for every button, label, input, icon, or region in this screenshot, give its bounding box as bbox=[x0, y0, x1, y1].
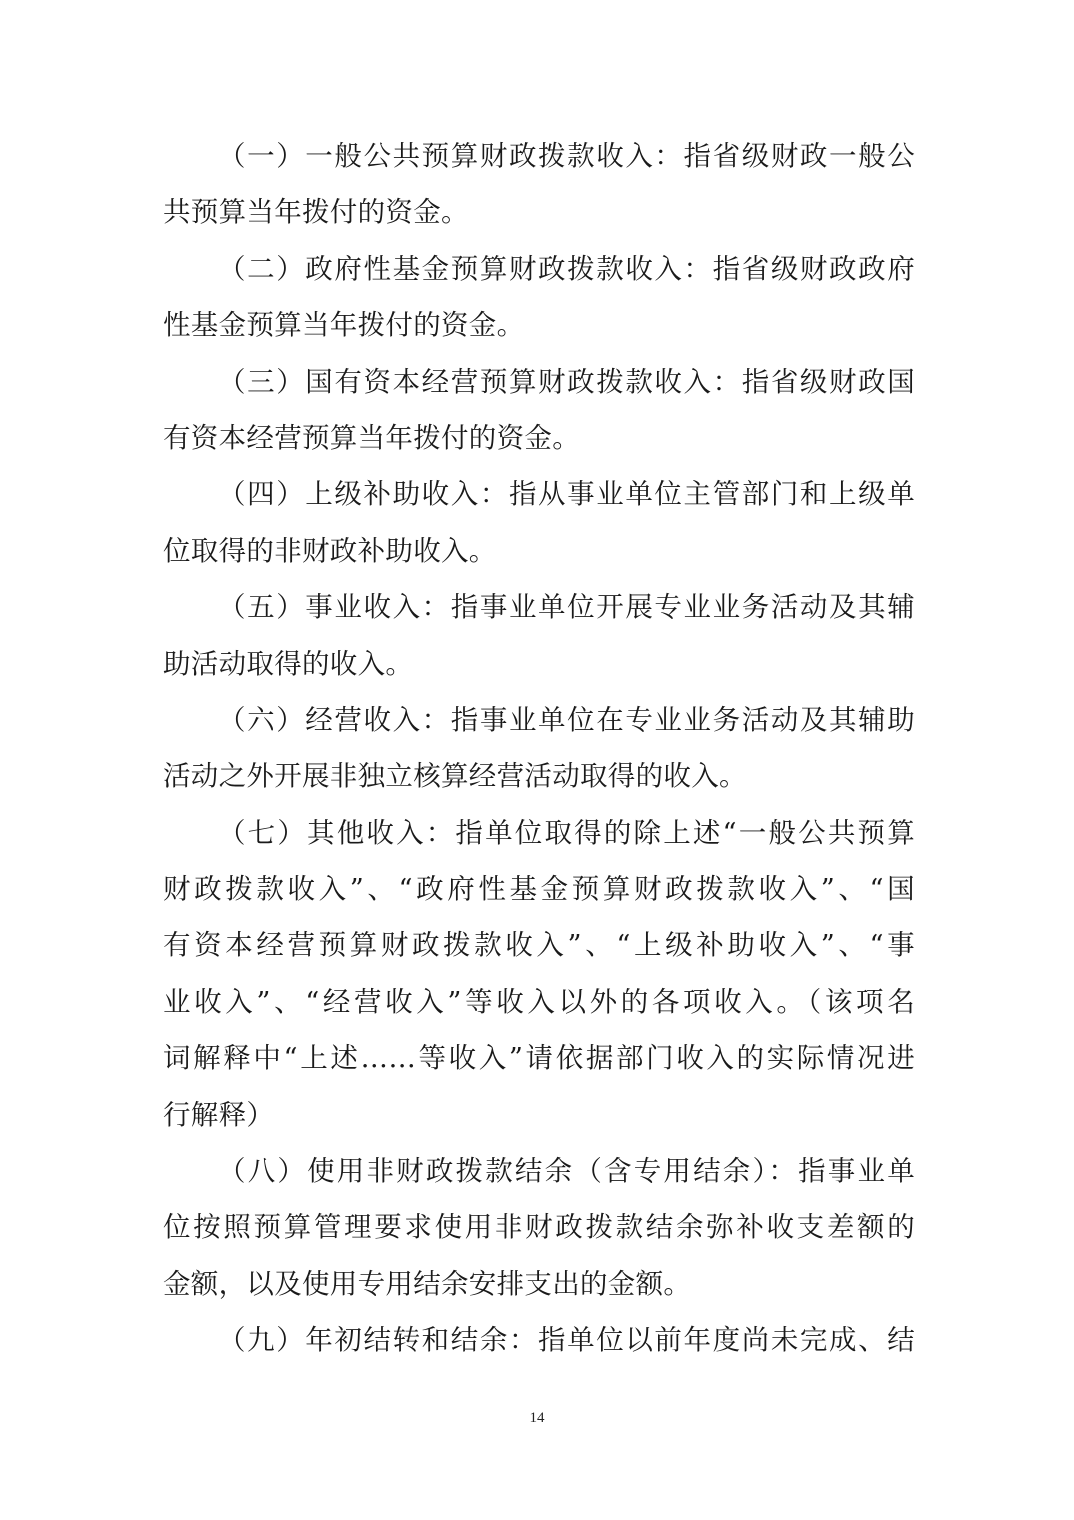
text-line: 业收入”、“经营收入”等收入以外的各项收入。（该项名 bbox=[163, 974, 915, 1030]
text-line: 助活动取得的收入。 bbox=[163, 636, 915, 692]
text-line: 有资本经营预算当年拨付的资金。 bbox=[163, 410, 915, 466]
text-line: 性基金预算当年拨付的资金。 bbox=[163, 297, 915, 353]
paragraph-operating-income: （六）经营收入：指事业单位在专业业务活动及其辅助 活动之外开展非独立核算经营活动… bbox=[163, 692, 915, 805]
text-line: （二）政府性基金预算财政拨款收入：指省级财政政府 bbox=[163, 241, 915, 297]
text-line: （五）事业收入：指事业单位开展专业业务活动及其辅 bbox=[163, 579, 915, 635]
text-line: 词解释中“上述……等收入”请依据部门收入的实际情况进 bbox=[163, 1030, 915, 1086]
text-line: （九）年初结转和结余：指单位以前年度尚未完成、结 bbox=[163, 1312, 915, 1368]
text-line: （三）国有资本经营预算财政拨款收入：指省级财政国 bbox=[163, 354, 915, 410]
paragraph-business-income: （五）事业收入：指事业单位开展专业业务活动及其辅 助活动取得的收入。 bbox=[163, 579, 915, 692]
paragraph-superior-subsidy: （四）上级补助收入：指从事业单位主管部门和上级单 位取得的非财政补助收入。 bbox=[163, 466, 915, 579]
text-line: （四）上级补助收入：指从事业单位主管部门和上级单 bbox=[163, 466, 915, 522]
text-line: 财政拨款收入”、“政府性基金预算财政拨款收入”、“国 bbox=[163, 861, 915, 917]
paragraph-general-budget: （一）一般公共预算财政拨款收入：指省级财政一般公 共预算当年拨付的资金。 bbox=[163, 128, 915, 241]
text-line: 行解释） bbox=[163, 1087, 915, 1143]
text-line: 位按照预算管理要求使用非财政拨款结余弥补收支差额的 bbox=[163, 1199, 915, 1255]
paragraph-non-fiscal-surplus: （八）使用非财政拨款结余（含专用结余）：指事业单 位按照预算管理要求使用非财政拨… bbox=[163, 1143, 915, 1312]
paragraph-government-fund: （二）政府性基金预算财政拨款收入：指省级财政政府 性基金预算当年拨付的资金。 bbox=[163, 241, 915, 354]
text-line: （七）其他收入：指单位取得的除上述“一般公共预算 bbox=[163, 805, 915, 861]
page-number: 14 bbox=[0, 1410, 1074, 1427]
text-line: （八）使用非财政拨款结余（含专用结余）：指事业单 bbox=[163, 1143, 915, 1199]
document-page: （一）一般公共预算财政拨款收入：指省级财政一般公 共预算当年拨付的资金。 （二）… bbox=[163, 128, 915, 1369]
text-line: （六）经营收入：指事业单位在专业业务活动及其辅助 bbox=[163, 692, 915, 748]
text-line: 金额，以及使用专用结余安排支出的金额。 bbox=[163, 1256, 915, 1312]
paragraph-other-income: （七）其他收入：指单位取得的除上述“一般公共预算 财政拨款收入”、“政府性基金预… bbox=[163, 805, 915, 1143]
text-line: 共预算当年拨付的资金。 bbox=[163, 184, 915, 240]
text-line: （一）一般公共预算财政拨款收入：指省级财政一般公 bbox=[163, 128, 915, 184]
text-line: 有资本经营预算财政拨款收入”、“上级补助收入”、“事 bbox=[163, 917, 915, 973]
text-line: 活动之外开展非独立核算经营活动取得的收入。 bbox=[163, 748, 915, 804]
text-line: 位取得的非财政补助收入。 bbox=[163, 523, 915, 579]
paragraph-state-capital: （三）国有资本经营预算财政拨款收入：指省级财政国 有资本经营预算当年拨付的资金。 bbox=[163, 354, 915, 467]
paragraph-carryover: （九）年初结转和结余：指单位以前年度尚未完成、结 bbox=[163, 1312, 915, 1368]
